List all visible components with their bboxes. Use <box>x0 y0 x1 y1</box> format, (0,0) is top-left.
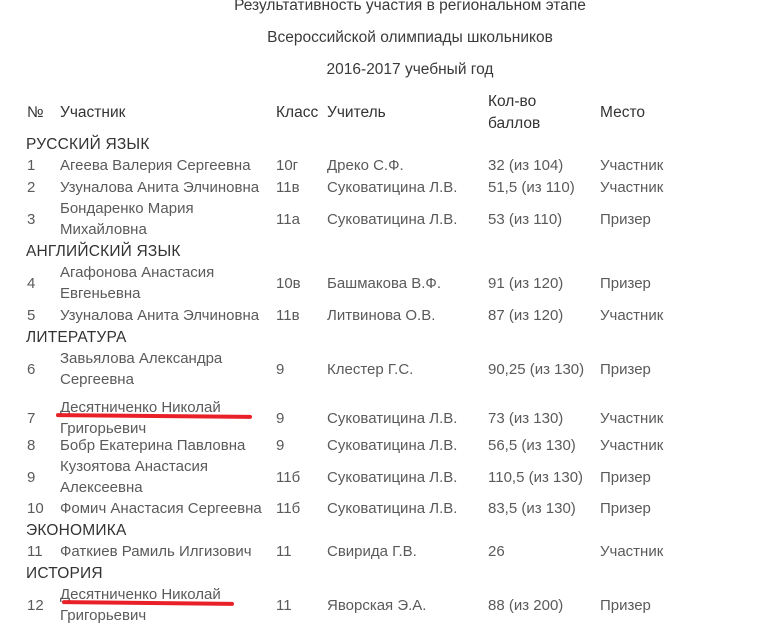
row-number: 9 <box>27 467 35 489</box>
row-place: Участник <box>600 541 663 563</box>
row-teacher: Суковатицина Л.В. <box>327 209 457 231</box>
row-class: 11б <box>276 467 300 489</box>
row-number: 10 <box>27 498 44 520</box>
row-teacher: Суковатицина Л.В. <box>327 467 457 489</box>
participant-name: Михайловна <box>60 219 147 241</box>
row-place: Призер <box>600 467 651 489</box>
section-heading: ЭКОНОМИКА <box>26 520 127 542</box>
participant-name: Бондаренко Мария <box>60 198 194 220</box>
section-heading: ЛИТЕРАТУРА <box>26 327 127 349</box>
row-score: 51,5 (из 110) <box>488 177 575 199</box>
row-number: 8 <box>27 435 35 457</box>
column-header-class: Класс <box>276 102 318 124</box>
participant-name: Бобр Екатерина Павловна <box>60 435 245 457</box>
section-heading: РУССКИЙ ЯЗЫК <box>26 134 150 156</box>
row-teacher: Дреко С.Ф. <box>327 155 404 177</box>
row-place: Участник <box>600 305 663 327</box>
row-score: 26 <box>488 541 505 563</box>
row-score: 87 (из 120) <box>488 305 563 327</box>
participant-name: Узуналова Анита Элчиновна <box>60 305 259 327</box>
row-teacher: Литвинова О.В. <box>327 305 435 327</box>
row-place: Участник <box>600 435 663 457</box>
row-score: 83,5 (из 130) <box>488 498 576 520</box>
participant-name: Григорьевич <box>60 605 146 627</box>
column-header-score-line2: баллов <box>488 113 540 135</box>
row-class: 11а <box>276 209 300 231</box>
row-class: 9 <box>276 408 284 430</box>
row-class: 10г <box>276 155 298 177</box>
row-score: 88 (из 200) <box>488 595 563 617</box>
row-number: 6 <box>27 359 35 381</box>
row-teacher: Клестер Г.С. <box>327 359 413 381</box>
row-class: 11 <box>276 541 292 563</box>
row-score: 56,5 (из 130) <box>488 435 576 457</box>
participant-name: Сергеевна <box>60 369 134 391</box>
row-number: 5 <box>27 305 35 327</box>
column-header-num: № <box>27 102 44 124</box>
row-class: 11в <box>276 177 300 199</box>
row-score: 91 (из 120) <box>488 273 563 295</box>
row-place: Призер <box>600 595 651 617</box>
row-score: 90,25 (из 130) <box>488 359 584 381</box>
participant-name: Завьялова Александра <box>60 348 222 370</box>
row-class: 11в <box>276 305 300 327</box>
row-teacher: Суковатицина Л.В. <box>327 177 457 199</box>
column-header-teacher: Учитель <box>327 102 386 124</box>
row-class: 11б <box>276 498 300 520</box>
row-number: 3 <box>27 209 35 231</box>
section-heading: ИСТОРИЯ <box>26 563 103 585</box>
row-number: 11 <box>27 541 43 563</box>
participant-name: Кузоятова Анастасия <box>60 456 208 478</box>
participant-name: Агеева Валерия Сергеевна <box>60 155 251 177</box>
row-number: 4 <box>27 273 35 295</box>
row-class: 9 <box>276 359 284 381</box>
row-place: Призер <box>600 498 651 520</box>
column-header-score-line1: Кол-во <box>488 91 536 113</box>
row-score: 73 (из 130) <box>488 408 563 430</box>
row-teacher: Суковатицина Л.В. <box>327 408 457 430</box>
row-place: Участник <box>600 155 663 177</box>
row-teacher: Свирида Г.В. <box>327 541 417 563</box>
row-class: 9 <box>276 435 284 457</box>
row-place: Призер <box>600 359 651 381</box>
row-score: 110,5 (из 130) <box>488 467 583 489</box>
row-place: Призер <box>600 273 651 295</box>
row-score: 53 (из 110) <box>488 209 562 231</box>
participant-name: Узуналова Анита Элчиновна <box>60 177 259 199</box>
participant-name: Фаткиев Рамиль Илгизович <box>60 541 252 563</box>
row-teacher: Яворская Э.А. <box>327 595 426 617</box>
column-header-place: Место <box>600 102 645 124</box>
participant-name: Алексеевна <box>60 477 143 499</box>
row-score: 32 (из 104) <box>488 155 563 177</box>
results-table: № Участник Класс Учитель Кол-во баллов М… <box>0 0 768 629</box>
row-place: Призер <box>600 209 651 231</box>
participant-name: Агафонова Анастасия <box>60 262 214 284</box>
row-number: 2 <box>27 177 35 199</box>
section-heading: АНГЛИЙСКИЙ ЯЗЫК <box>26 241 181 263</box>
row-number: 1 <box>27 155 35 177</box>
row-number: 12 <box>27 595 44 617</box>
row-teacher: Суковатицина Л.В. <box>327 498 457 520</box>
row-number: 7 <box>27 408 35 430</box>
row-teacher: Башмакова В.Ф. <box>327 273 441 295</box>
row-place: Участник <box>600 177 663 199</box>
participant-name: Фомич Анастасия Сергеевна <box>60 498 262 520</box>
participant-name: Евгеньевна <box>60 283 141 305</box>
column-header-participant: Участник <box>60 102 125 124</box>
row-class: 11 <box>276 595 292 617</box>
row-class: 10в <box>276 273 301 295</box>
row-teacher: Суковатицина Л.В. <box>327 435 457 457</box>
row-place: Участник <box>600 408 663 430</box>
